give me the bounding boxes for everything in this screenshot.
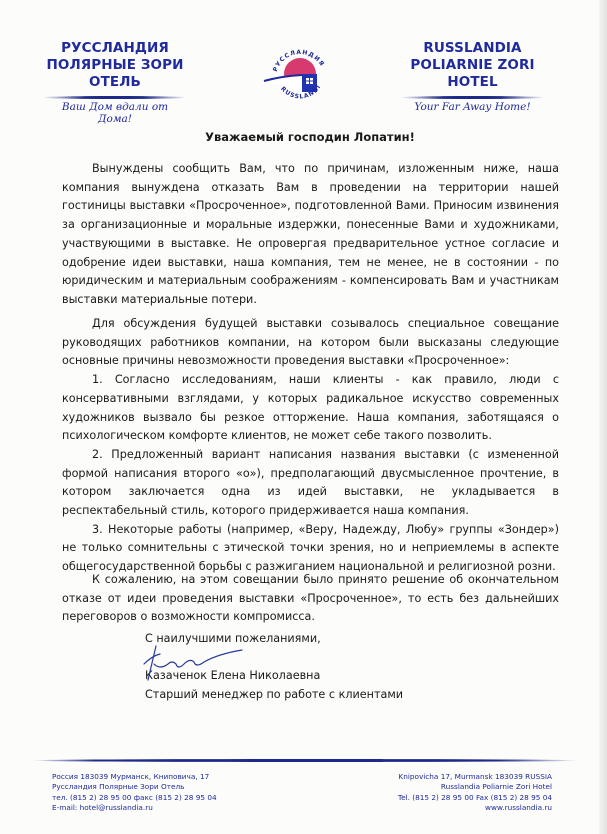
swoosh-divider-en (400, 96, 545, 99)
reason-item-3: 3. Некоторые работы (например, «Веру, На… (62, 521, 559, 577)
brand-line: POLIARNIE ZORI (385, 57, 560, 74)
footer-website: www.russlandia.ru (380, 803, 552, 813)
letter-page: РУССЛАНДИЯ ПОЛЯРНЫЕ ЗОРИ ОТЕЛЬ Ваш Дом в… (0, 0, 607, 834)
brand-name-ru: РУССЛАНДИЯ ПОЛЯРНЫЕ ЗОРИ ОТЕЛЬ (45, 40, 185, 91)
footer-phone-fax: тел. (815 2) 28 95 00 факс (815 2) 28 95… (52, 793, 272, 803)
brand-line: ПОЛЯРНЫЕ ЗОРИ (45, 57, 185, 74)
swoosh-divider-ru (42, 96, 187, 99)
footer-contacts-en: Knipovicha 17, Murmansk 183039 RUSSIA Ru… (380, 772, 552, 813)
letter-paragraph-1: Вынуждены сообщить Вам, что по причинам,… (62, 160, 559, 310)
footer-address: Россия 183039 Мурманск, Книповича, 17 (52, 772, 272, 782)
brand-line: HOTEL (385, 74, 560, 91)
footer-divider (30, 759, 580, 762)
tagline-ru: Ваш Дом вдали от Дома! (45, 101, 185, 125)
reason-item-2: 2. Предложенный вариант написания назван… (62, 446, 559, 521)
brand-line: ОТЕЛЬ (45, 74, 185, 91)
paragraph-text: К сожалению, на этом совещании было прин… (62, 571, 559, 627)
brand-line: RUSSLANDIA (385, 40, 560, 57)
footer-phone-fax: Tel. (815 2) 28 95 00 Fax (815 2) 28 95 … (380, 793, 552, 803)
paragraph-text: Вынуждены сообщить Вам, что по причинам,… (62, 160, 559, 310)
footer-address: Knipovicha 17, Murmansk 183039 RUSSIA (380, 772, 552, 782)
letter-paragraph-2: Для обсуждения будущей выставки созывало… (62, 315, 559, 577)
footer-contacts-ru: Россия 183039 Мурманск, Книповича, 17 Ру… (52, 772, 272, 813)
handwritten-signature-icon (138, 640, 248, 682)
tagline-en: Your Far Away Home! (400, 101, 545, 113)
reason-item-1: 1. Согласно исследованиям, наши клиенты … (62, 371, 559, 446)
brand-line: РУССЛАНДИЯ (45, 40, 185, 57)
letter-paragraph-3: К сожалению, на этом совещании было прин… (62, 571, 559, 627)
russlandia-logo-icon: РУССЛАНДИЯ RUSSLANDIA (262, 38, 338, 110)
brand-name-en: RUSSLANDIA POLIARNIE ZORI HOTEL (385, 40, 560, 91)
paragraph-text: Для обсуждения будущей выставки созывало… (62, 315, 559, 371)
signer-title: Старший менеджер по работе с клиентами (145, 686, 403, 705)
footer-email: E-mail: hotel@russlandia.ru (52, 803, 272, 813)
footer-hotel-name: Русcландия Полярные Зори Отель (52, 782, 272, 792)
salutation: Уважаемый господин Лопатин! (60, 130, 560, 144)
footer-hotel-name: Russlandia Poliarnie Zori Hotel (380, 782, 552, 792)
